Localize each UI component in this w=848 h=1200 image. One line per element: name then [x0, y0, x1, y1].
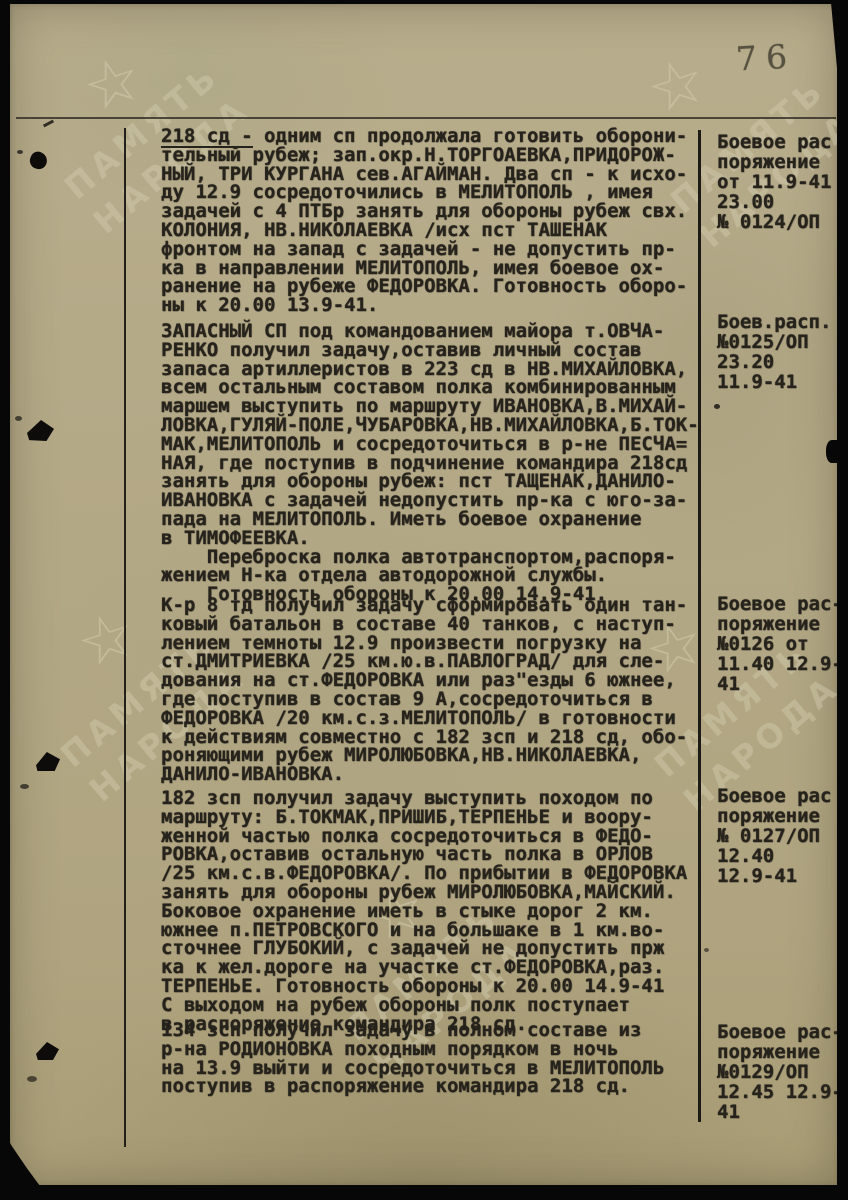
paragraph-zapasny-sp: ЗАПАСНЫЙ СП под командованием майора т.О… [161, 322, 699, 604]
binder-hole-speck [27, 1076, 37, 1082]
binder-hole-speck [17, 150, 23, 154]
margin-note-order-0127: Боевое рас поряжение № 0127/ОП 12.40 12.… [717, 786, 831, 886]
paragraph-218-sd: 218 сд - одним сп продолжала готовить об… [161, 127, 687, 315]
scan-edge-right [837, 0, 848, 1200]
binder-hole-speck [15, 416, 22, 421]
ink-speck [714, 404, 720, 409]
page-number-stamp: 76 [735, 36, 797, 78]
218-sd-underline [161, 146, 253, 148]
ink-speck [704, 948, 709, 952]
margin-vertical-rule [698, 130, 701, 1122]
paragraph-182-zsp: 182 зсп получил задачу выступить походом… [161, 789, 687, 1033]
left-vertical-rule [124, 128, 126, 1147]
binder-hole-speck [20, 784, 29, 789]
scan-edge-left [0, 0, 10, 1200]
margin-note-order-0124: Боевое рас поряжение от 11.9-41 23.00 № … [717, 132, 831, 232]
top-horizontal-rule [16, 117, 836, 119]
scan-edge-bottom [0, 1185, 848, 1200]
paper-edge-notch [826, 440, 839, 463]
margin-note-order-0126: Боевое рас- поряжение №0126 от 11.40 12.… [717, 594, 843, 694]
paragraph-134-zsp: 134 зсп получил задачу в полном составе … [161, 1021, 664, 1096]
scan-edge-top [0, 0, 848, 4]
paragraph-8-td: К-р 8 тд получил задачу сформировать оди… [161, 596, 687, 784]
scanned-document-page: ☆ ПАМЯТЬ НАРОДА ☆ ПАМЯТЬ НАРОДА ☆ ПАМЯТЬ… [0, 0, 848, 1200]
margin-note-order-0129: Боевое рас- поряжение №0129/ОП 12.45 12.… [717, 1022, 843, 1122]
margin-note-order-0125: Боев.расп. №0125/ОП 23.20 11.9-41 [717, 312, 831, 392]
